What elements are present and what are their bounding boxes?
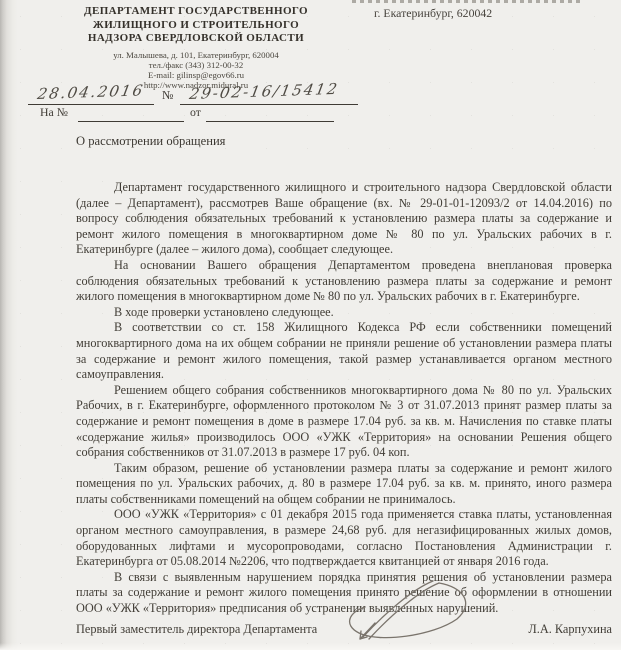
from-label: от bbox=[190, 105, 201, 120]
org-name-line: НАДЗОРА СВЕРДЛОВСКОЙ ОБЛАСТИ bbox=[46, 32, 346, 46]
reply-reference-row: На № от bbox=[40, 103, 340, 122]
scan-edge-bottom bbox=[0, 643, 621, 650]
org-name-line: ДЕПАРТАМЕНТ ГОСУДАРСТВЕННОГО bbox=[46, 5, 346, 19]
signature-flourish bbox=[333, 575, 485, 649]
reply-number-underline bbox=[78, 121, 184, 122]
org-email: E-mail: gilinsp@egov66.ru bbox=[46, 70, 346, 80]
handwritten-number: 29-02-16/15412 bbox=[188, 80, 340, 103]
body-paragraph: На основании Вашего обращения Департамен… bbox=[76, 258, 612, 305]
org-address: ул. Малышева, д. 101, Екатеринбург, 6200… bbox=[46, 50, 346, 60]
signoff-position: Первый заместитель директора Департамент… bbox=[76, 622, 317, 637]
body-paragraph: ООО «УЖК «Территория» с 01 декабря 2015 … bbox=[76, 507, 612, 569]
handwritten-date: 28.04.2016 bbox=[36, 81, 146, 103]
letter-body: Департамент государственного жилищного и… bbox=[76, 180, 612, 617]
recipient-city-line: г. Екатеринбург, 620042 bbox=[374, 6, 492, 21]
org-name-line: ЖИЛИЩНОГО И СТРОИТЕЛЬНОГО bbox=[46, 19, 346, 33]
signoff-name: Л.А. Карпухина bbox=[528, 622, 612, 637]
scan-edge-left bbox=[0, 0, 18, 650]
scanned-letter-page: ДЕПАРТАМЕНТ ГОСУДАРСТВЕННОГО ЖИЛИЩНОГО И… bbox=[0, 0, 621, 650]
number-sign-label: № bbox=[162, 88, 173, 103]
org-phone: тел./факс (343) 312-00-32 bbox=[46, 60, 346, 70]
registration-row: 28.04.2016 № 29-02-16/15412 bbox=[28, 82, 358, 105]
letterhead: ДЕПАРТАМЕНТ ГОСУДАРСТВЕННОГО ЖИЛИЩНОГО И… bbox=[46, 5, 346, 91]
body-paragraph: В ходе проверки установлено следующее. bbox=[76, 305, 612, 321]
reply-to-label: На № bbox=[40, 105, 68, 120]
signoff-row: Первый заместитель директора Департамент… bbox=[76, 622, 612, 637]
subject-line: О рассмотрении обращения bbox=[76, 134, 225, 149]
cutoff-text-fragment bbox=[352, 0, 580, 3]
body-paragraph: Таким образом, решение об установлении р… bbox=[76, 461, 612, 508]
body-paragraph: Департамент государственного жилищного и… bbox=[76, 180, 612, 258]
reply-date-underline bbox=[206, 121, 334, 122]
body-paragraph: Решением общего собрания собственников м… bbox=[76, 383, 612, 461]
body-paragraph: В соответствии со ст. 158 Жилищного Коде… bbox=[76, 320, 612, 382]
